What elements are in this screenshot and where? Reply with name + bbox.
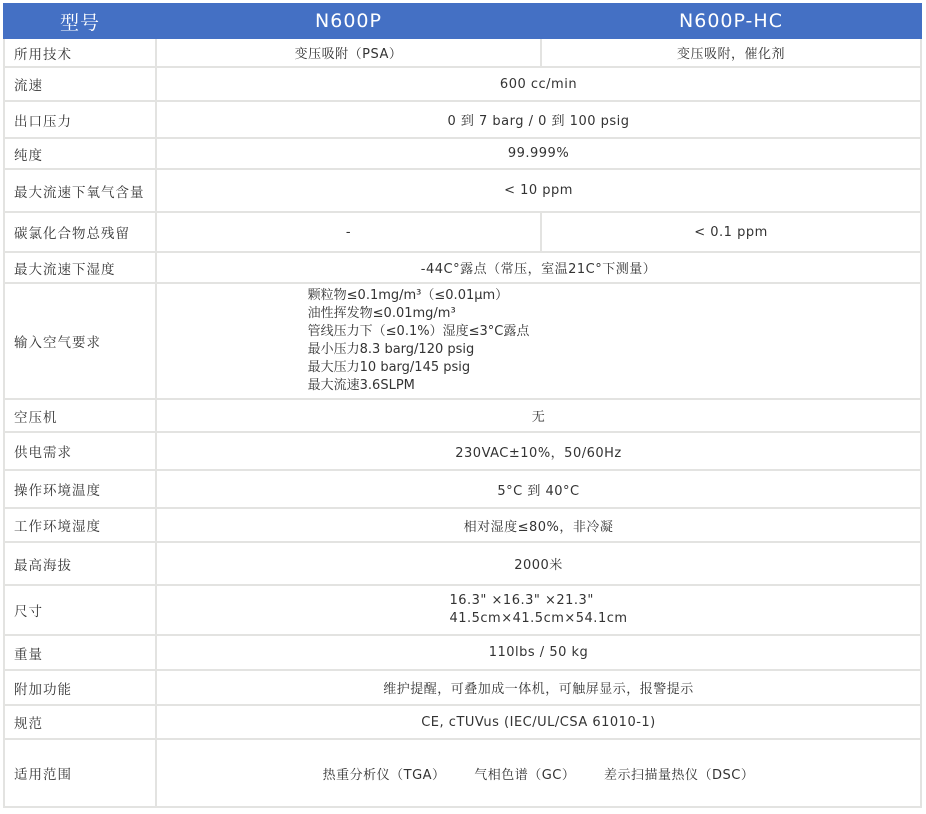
row-op-temp: 操作环境温度 5°C 到 40°C [4,470,921,508]
weight-value: 110lbs / 50 kg [156,635,921,670]
row-label: 工作环境湿度 [4,508,156,542]
row-label: 最大流速下氧气含量 [4,169,156,212]
standards-value: CE, cTUVus (IEC/UL/CSA 61010-1) [156,705,921,739]
row-label: 所用技术 [4,38,156,67]
dimensions-metric: 41.5cm×41.5cm×54.1cm [449,610,627,628]
row-humidity-max-flow: 最大流速下湿度 -44C°露点（常压，室温21C°下测量） [4,252,921,283]
row-op-humidity: 工作环境湿度 相对湿度≤80%，非冷凝 [4,508,921,542]
row-label: 操作环境温度 [4,470,156,508]
row-dimensions: 尺寸 16.3" ×16.3" ×21.3" 41.5cm×41.5cm×54.… [4,585,921,635]
spec-table: 型号 N600P N600P-HC 所用技术 变压吸附（PSA） 变压吸附，催化… [3,3,922,808]
header-model-a: N600P [156,4,541,38]
dimensions-value: 16.3" ×16.3" ×21.3" 41.5cm×41.5cm×54.1cm [156,585,921,635]
row-flow: 流速 600 cc/min [4,67,921,101]
oxygen-value: < 10 ppm [156,169,921,212]
input-air-line: 最大流速3.6SLPM [308,377,530,395]
row-label: 供电需求 [4,432,156,470]
row-outlet-pressure: 出口压力 0 到 7 barg / 0 到 100 psig [4,101,921,138]
row-label: 出口压力 [4,101,156,138]
technology-b: 变压吸附，催化剂 [541,38,921,67]
outlet-pressure-value: 0 到 7 barg / 0 到 100 psig [156,101,921,138]
input-air-value: 颗粒物≤0.1mg/m³（≤0.01μm） 油性挥发物≤0.01mg/m³ 管线… [156,283,921,399]
input-air-line: 管线压力下（≤0.1%）湿度≤3°C露点 [308,323,530,341]
row-label: 碳氯化合物总残留 [4,212,156,252]
row-label: 空压机 [4,399,156,432]
features-value: 维护提醒，可叠加成一体机，可触屏显示，报警提示 [156,670,921,705]
humidity-max-flow-value: -44C°露点（常压，室温21C°下测量） [156,252,921,283]
application-item: 差示扫描量热仪（DSC） [604,768,754,783]
row-label: 适用范围 [4,739,156,807]
application-item: 气相色谱（GC） [474,768,575,783]
application-item: 热重分析仪（TGA） [323,768,446,783]
dimensions-imperial: 16.3" ×16.3" ×21.3" [449,592,627,610]
altitude-value: 2000米 [156,542,921,585]
input-air-line: 最大压力10 barg/145 psig [308,359,530,377]
row-purity: 纯度 99.999% [4,138,921,169]
row-label: 尺寸 [4,585,156,635]
op-temp-value: 5°C 到 40°C [156,470,921,508]
hydrocarbon-b: < 0.1 ppm [541,212,921,252]
row-compressor: 空压机 无 [4,399,921,432]
header-model-label: 型号 [4,4,156,38]
row-label: 流速 [4,67,156,101]
row-weight: 重量 110lbs / 50 kg [4,635,921,670]
row-hydrocarbon: 碳氯化合物总残留 - < 0.1 ppm [4,212,921,252]
dimensions-lines: 16.3" ×16.3" ×21.3" 41.5cm×41.5cm×54.1cm [449,592,627,628]
row-label: 输入空气要求 [4,283,156,399]
row-applications: 适用范围 热重分析仪（TGA） 气相色谱（GC） 差示扫描量热仪（DSC） [4,739,921,807]
row-input-air: 输入空气要求 颗粒物≤0.1mg/m³（≤0.01μm） 油性挥发物≤0.01m… [4,283,921,399]
power-value: 230VAC±10%，50/60Hz [156,432,921,470]
compressor-value: 无 [156,399,921,432]
row-label: 规范 [4,705,156,739]
technology-a: 变压吸附（PSA） [156,38,541,67]
row-label: 重量 [4,635,156,670]
input-air-line: 颗粒物≤0.1mg/m³（≤0.01μm） [308,287,530,305]
purity-value: 99.999% [156,138,921,169]
header-row: 型号 N600P N600P-HC [4,4,921,38]
row-standards: 规范 CE, cTUVus (IEC/UL/CSA 61010-1) [4,705,921,739]
row-label: 纯度 [4,138,156,169]
applications-value: 热重分析仪（TGA） 气相色谱（GC） 差示扫描量热仪（DSC） [156,739,921,807]
row-oxygen: 最大流速下氧气含量 < 10 ppm [4,169,921,212]
op-humidity-value: 相对湿度≤80%，非冷凝 [156,508,921,542]
row-technology: 所用技术 变压吸附（PSA） 变压吸附，催化剂 [4,38,921,67]
input-air-lines: 颗粒物≤0.1mg/m³（≤0.01μm） 油性挥发物≤0.01mg/m³ 管线… [308,287,530,395]
input-air-line: 最小压力8.3 barg/120 psig [308,341,530,359]
row-label: 最大流速下湿度 [4,252,156,283]
row-power: 供电需求 230VAC±10%，50/60Hz [4,432,921,470]
input-air-line: 油性挥发物≤0.01mg/m³ [308,305,530,323]
row-label: 最高海拔 [4,542,156,585]
row-features: 附加功能 维护提醒，可叠加成一体机，可触屏显示，报警提示 [4,670,921,705]
hydrocarbon-a: - [156,212,541,252]
row-label: 附加功能 [4,670,156,705]
header-model-b: N600P-HC [541,4,921,38]
flow-value: 600 cc/min [156,67,921,101]
row-altitude: 最高海拔 2000米 [4,542,921,585]
